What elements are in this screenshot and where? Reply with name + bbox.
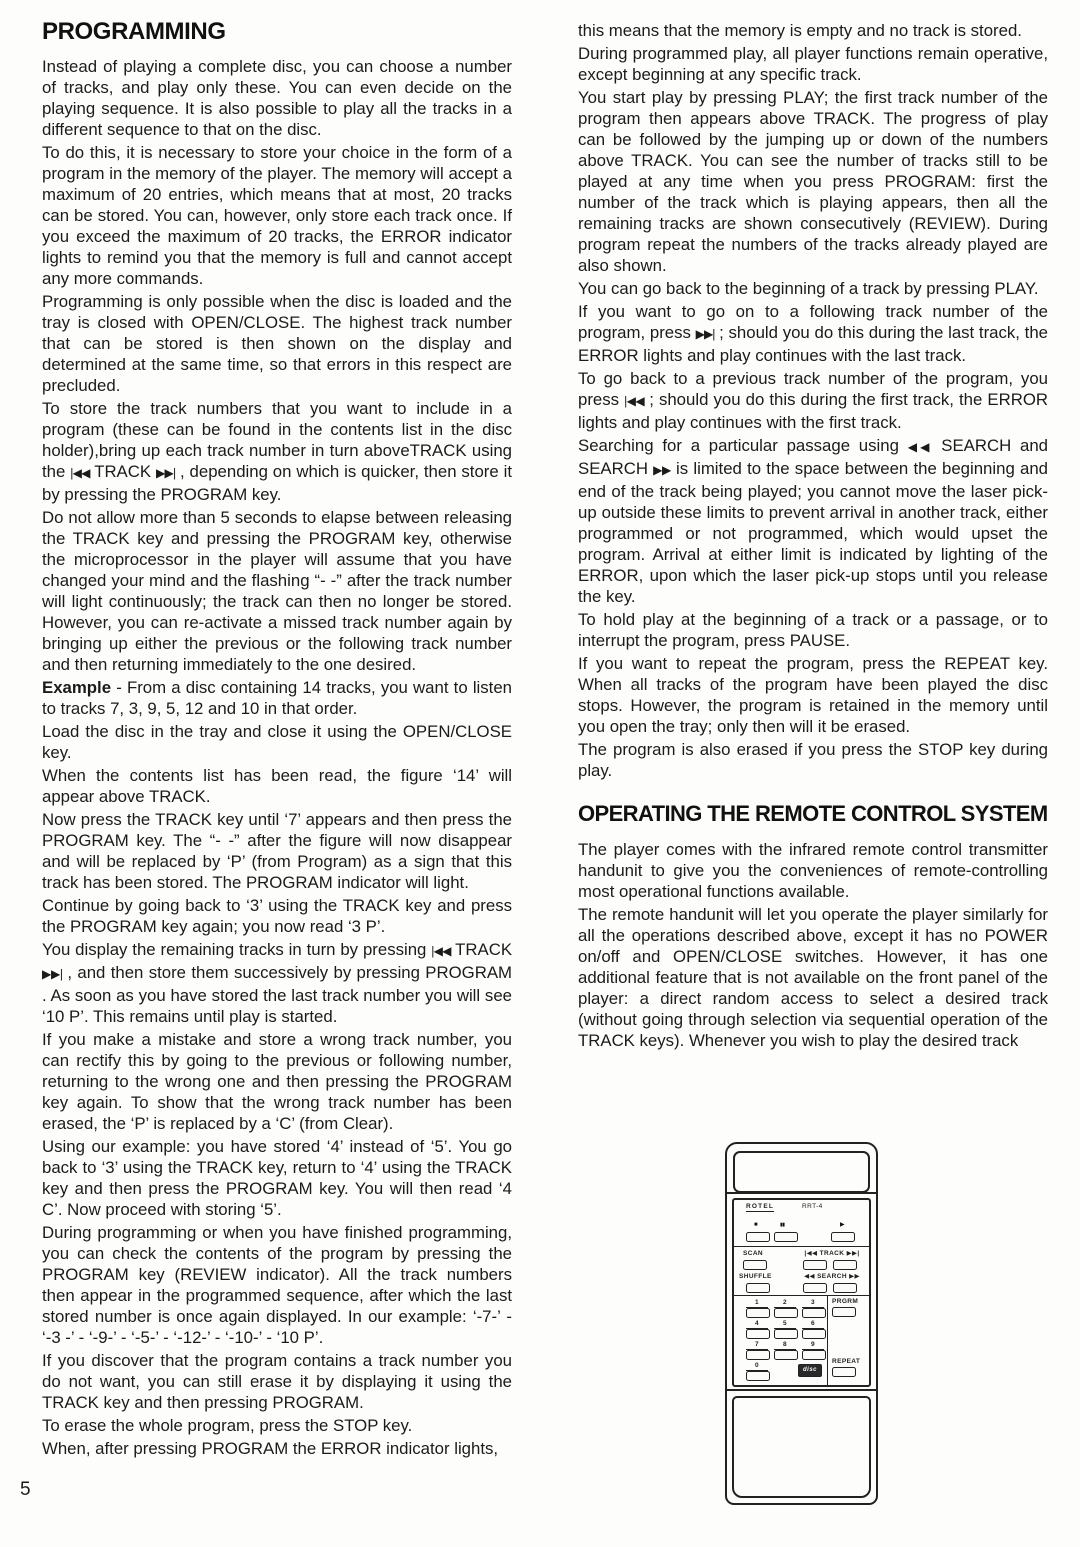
paragraph: If you want to repeat the program, press… <box>578 653 1048 737</box>
remote-model-label: RRT-4 <box>802 1203 823 1210</box>
stop-icon: ■ <box>754 1222 758 1228</box>
search-label: ◀◀ SEARCH ▶▶ <box>796 1273 868 1280</box>
remote-search-fwd-button <box>833 1283 857 1293</box>
remote-keypad-divider <box>827 1295 828 1385</box>
remote-step-line-top <box>726 1192 877 1194</box>
remote-key-8-button <box>774 1350 798 1360</box>
scan-label: SCAN <box>743 1250 763 1257</box>
paragraph: When the contents list has been read, th… <box>42 765 512 807</box>
remote-play-button <box>831 1232 855 1242</box>
remote-ir-window <box>733 1151 870 1193</box>
paragraph: Example - From a disc containing 14 trac… <box>42 677 512 719</box>
shuffle-label: SHUFFLE <box>739 1273 772 1280</box>
paragraph: During programmed play, all player funct… <box>578 43 1048 85</box>
paragraph: If you make a mistake and store a wrong … <box>42 1029 512 1134</box>
remote-divider-2 <box>734 1295 869 1296</box>
right-column-text-bottom: The player comes with the infrared remot… <box>578 839 1048 1051</box>
paragraph: To store the track numbers that you want… <box>42 398 512 505</box>
remote-shuffle-button <box>746 1283 770 1293</box>
left-column: PROGRAMMING Instead of playing a complet… <box>42 18 512 1461</box>
remote-divider-1 <box>734 1246 869 1247</box>
remote-key-1-button <box>746 1308 770 1318</box>
track-label: |◀◀ TRACK ▶▶| <box>796 1250 868 1257</box>
paragraph: Programming is only possible when the di… <box>42 291 512 396</box>
paragraph: When, after pressing PROGRAM the ERROR i… <box>42 1438 512 1459</box>
paragraph: The player comes with the infrared remot… <box>578 839 1048 902</box>
key-2-label: 2 <box>774 1299 796 1308</box>
compact-disc-logo: disc <box>798 1364 822 1377</box>
paragraph: If you want to go on to a following trac… <box>578 301 1048 366</box>
remote-control-illustration: ROTEL RRT-4 ■ ▮▮ ▶ SCAN |◀◀ TRACK ▶▶| SH… <box>725 1142 878 1505</box>
pause-icon: ▮▮ <box>780 1222 785 1228</box>
manual-page: { "page": { "number": "5", "background":… <box>0 0 1080 1547</box>
remote-key-9-button <box>802 1350 826 1360</box>
paragraph: this means that the memory is empty and … <box>578 20 1048 41</box>
key-0-label: 0 <box>746 1362 768 1371</box>
remote-scan-button <box>743 1260 767 1270</box>
paragraph: Now press the TRACK key until ‘7’ appear… <box>42 809 512 893</box>
rotel-logo: ROTEL <box>746 1203 774 1212</box>
remote-key-7-button <box>746 1350 770 1360</box>
paragraph: You start play by pressing PLAY; the fir… <box>578 87 1048 276</box>
remote-step-line-bottom <box>726 1389 877 1391</box>
right-column: this means that the memory is empty and … <box>578 20 1048 1053</box>
paragraph: Using our example: you have stored ‘4’ i… <box>42 1136 512 1220</box>
paragraph: You display the remaining tracks in turn… <box>42 939 512 1027</box>
paragraph: To hold play at the beginning of a track… <box>578 609 1048 651</box>
paragraph: To go back to a previous track number of… <box>578 368 1048 433</box>
paragraph: You can go back to the beginning of a tr… <box>578 278 1048 299</box>
remote-repeat-button <box>832 1367 856 1377</box>
remote-key-4-button <box>746 1329 770 1339</box>
remote-face-panel: ROTEL RRT-4 ■ ▮▮ ▶ SCAN |◀◀ TRACK ▶▶| SH… <box>732 1198 871 1387</box>
remote-key-0-button <box>746 1371 770 1381</box>
remote-pause-button <box>774 1232 798 1242</box>
key-9-label: 9 <box>802 1341 824 1350</box>
key-8-label: 8 <box>774 1341 796 1350</box>
remote-control-heading: OPERATING THE REMOTE CONTROL SYSTEM <box>578 801 1048 827</box>
paragraph: The program is also erased if you press … <box>578 739 1048 781</box>
remote-track-prev-button <box>803 1260 827 1270</box>
remote-program-button <box>832 1307 856 1317</box>
key-1-label: 1 <box>746 1299 768 1308</box>
play-icon: ▶ <box>840 1222 845 1228</box>
remote-key-5-button <box>774 1329 798 1339</box>
paragraph: During programming or when you have fini… <box>42 1222 512 1348</box>
paragraph: Continue by going back to ‘3’ using the … <box>42 895 512 937</box>
paragraph: To do this, it is necessary to store you… <box>42 142 512 289</box>
programming-heading: PROGRAMMING <box>42 18 512 46</box>
remote-search-back-button <box>803 1283 827 1293</box>
key-4-label: 4 <box>746 1320 768 1329</box>
paragraph: To erase the whole program, press the ST… <box>42 1415 512 1436</box>
paragraph: Searching for a particular passage using… <box>578 435 1048 607</box>
key-7-label: 7 <box>746 1341 768 1350</box>
right-column-text-top: this means that the memory is empty and … <box>578 20 1048 781</box>
key-5-label: 5 <box>774 1320 796 1329</box>
paragraph: Load the disc in the tray and close it u… <box>42 721 512 763</box>
page-number: 5 <box>20 1479 31 1501</box>
remote-key-2-button <box>774 1308 798 1318</box>
program-label: PRGRM <box>832 1298 858 1305</box>
paragraph: The remote handunit will let you operate… <box>578 904 1048 1051</box>
paragraph: Instead of playing a complete disc, you … <box>42 56 512 140</box>
key-3-label: 3 <box>802 1299 824 1308</box>
remote-stop-button <box>746 1232 770 1242</box>
left-column-text: Instead of playing a complete disc, you … <box>42 56 512 1459</box>
remote-key-3-button <box>802 1308 826 1318</box>
remote-battery-cover <box>732 1396 871 1498</box>
key-6-label: 6 <box>802 1320 824 1329</box>
paragraph: Do not allow more than 5 seconds to elap… <box>42 507 512 675</box>
remote-track-next-button <box>833 1260 857 1270</box>
remote-key-6-button <box>802 1329 826 1339</box>
paragraph: If you discover that the program contain… <box>42 1350 512 1413</box>
repeat-label: REPEAT <box>832 1358 860 1365</box>
